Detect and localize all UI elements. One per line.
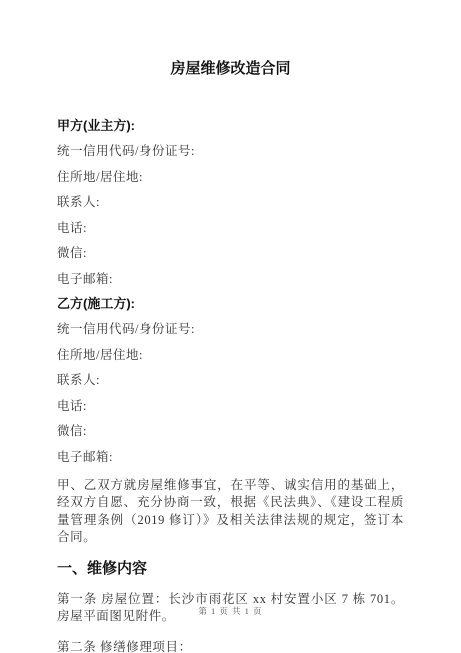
page-number-footer: 第 1 页 共 1 页 — [0, 605, 461, 617]
party-b-field-email: 电子邮箱: — [57, 449, 404, 465]
party-a-field-email: 电子邮箱: — [57, 271, 404, 287]
party-a-heading: 甲方(业主方): — [57, 118, 404, 134]
party-b-field-address: 住所地/居住地: — [57, 347, 404, 363]
contract-preamble: 甲、乙双方就房屋维修事宜，在平等、诚实信用的基础上，经双方自愿、充分协商一致，根… — [57, 477, 404, 547]
party-a-field-phone: 电话: — [57, 220, 404, 236]
party-a-field-contact: 联系人: — [57, 194, 404, 210]
party-b-field-phone: 电话: — [57, 398, 404, 414]
party-b-field-credit-id: 统一信用代码/身份证号: — [57, 321, 404, 337]
section-1-heading: 一、维修内容 — [57, 560, 404, 578]
document-title: 房屋维修改造合同 — [57, 60, 404, 78]
party-b-field-wechat: 微信: — [57, 423, 404, 439]
party-a-field-address: 住所地/居住地: — [57, 169, 404, 185]
party-b-heading: 乙方(施工方): — [57, 296, 404, 312]
party-b-field-contact: 联系人: — [57, 372, 404, 388]
party-a-field-wechat: 微信: — [57, 245, 404, 261]
clause-2-repair-items: 第二条 修缮修理项目： — [57, 639, 404, 653]
party-a-field-credit-id: 统一信用代码/身份证号: — [57, 143, 404, 159]
document-page: 房屋维修改造合同 甲方(业主方): 统一信用代码/身份证号: 住所地/居住地: … — [0, 0, 461, 653]
